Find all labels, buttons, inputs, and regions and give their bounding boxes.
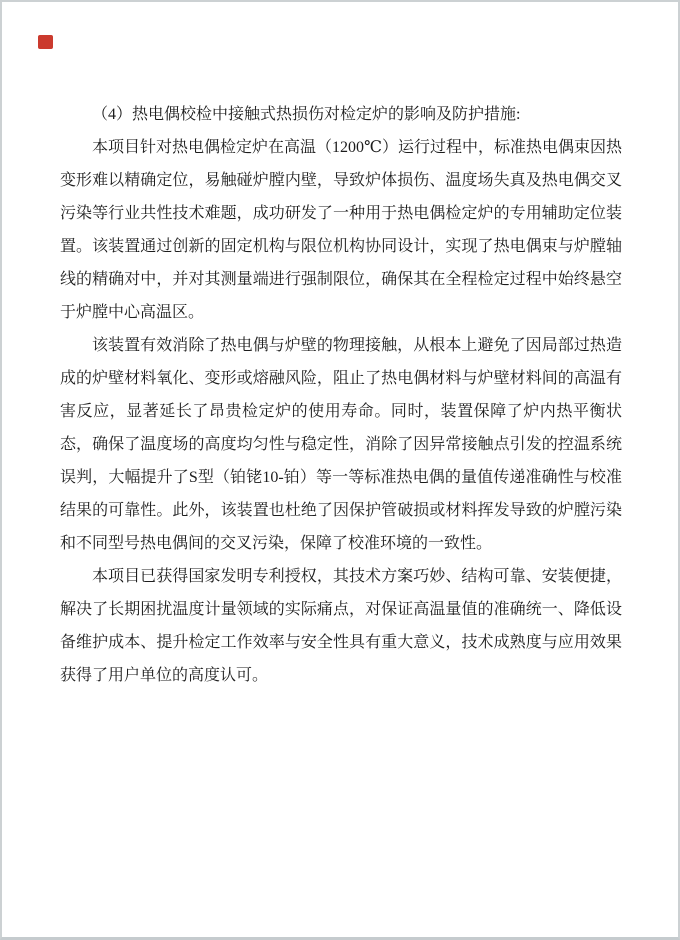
section-heading: （4）热电偶校检中接触式热损伤对检定炉的影响及防护措施: <box>60 98 622 131</box>
paragraph-1: 本项目针对热电偶检定炉在高温（1200℃）运行过程中，标准热电偶束因热变形难以精… <box>60 131 622 329</box>
paragraph-2: 该装置有效消除了热电偶与炉壁的物理接触，从根本上避免了因局部过热造成的炉壁材料氧… <box>60 329 622 560</box>
red-annotation-mark <box>38 35 53 49</box>
paragraph-3: 本项目已获得国家发明专利授权，其技术方案巧妙、结构可靠、安装便捷，解决了长期困扰… <box>60 560 622 692</box>
document-content: （4）热电偶校检中接触式热损伤对检定炉的影响及防护措施: 本项目针对热电偶检定炉… <box>60 98 622 692</box>
document-page: （4）热电偶校检中接触式热损伤对检定炉的影响及防护措施: 本项目针对热电偶检定炉… <box>0 0 680 940</box>
